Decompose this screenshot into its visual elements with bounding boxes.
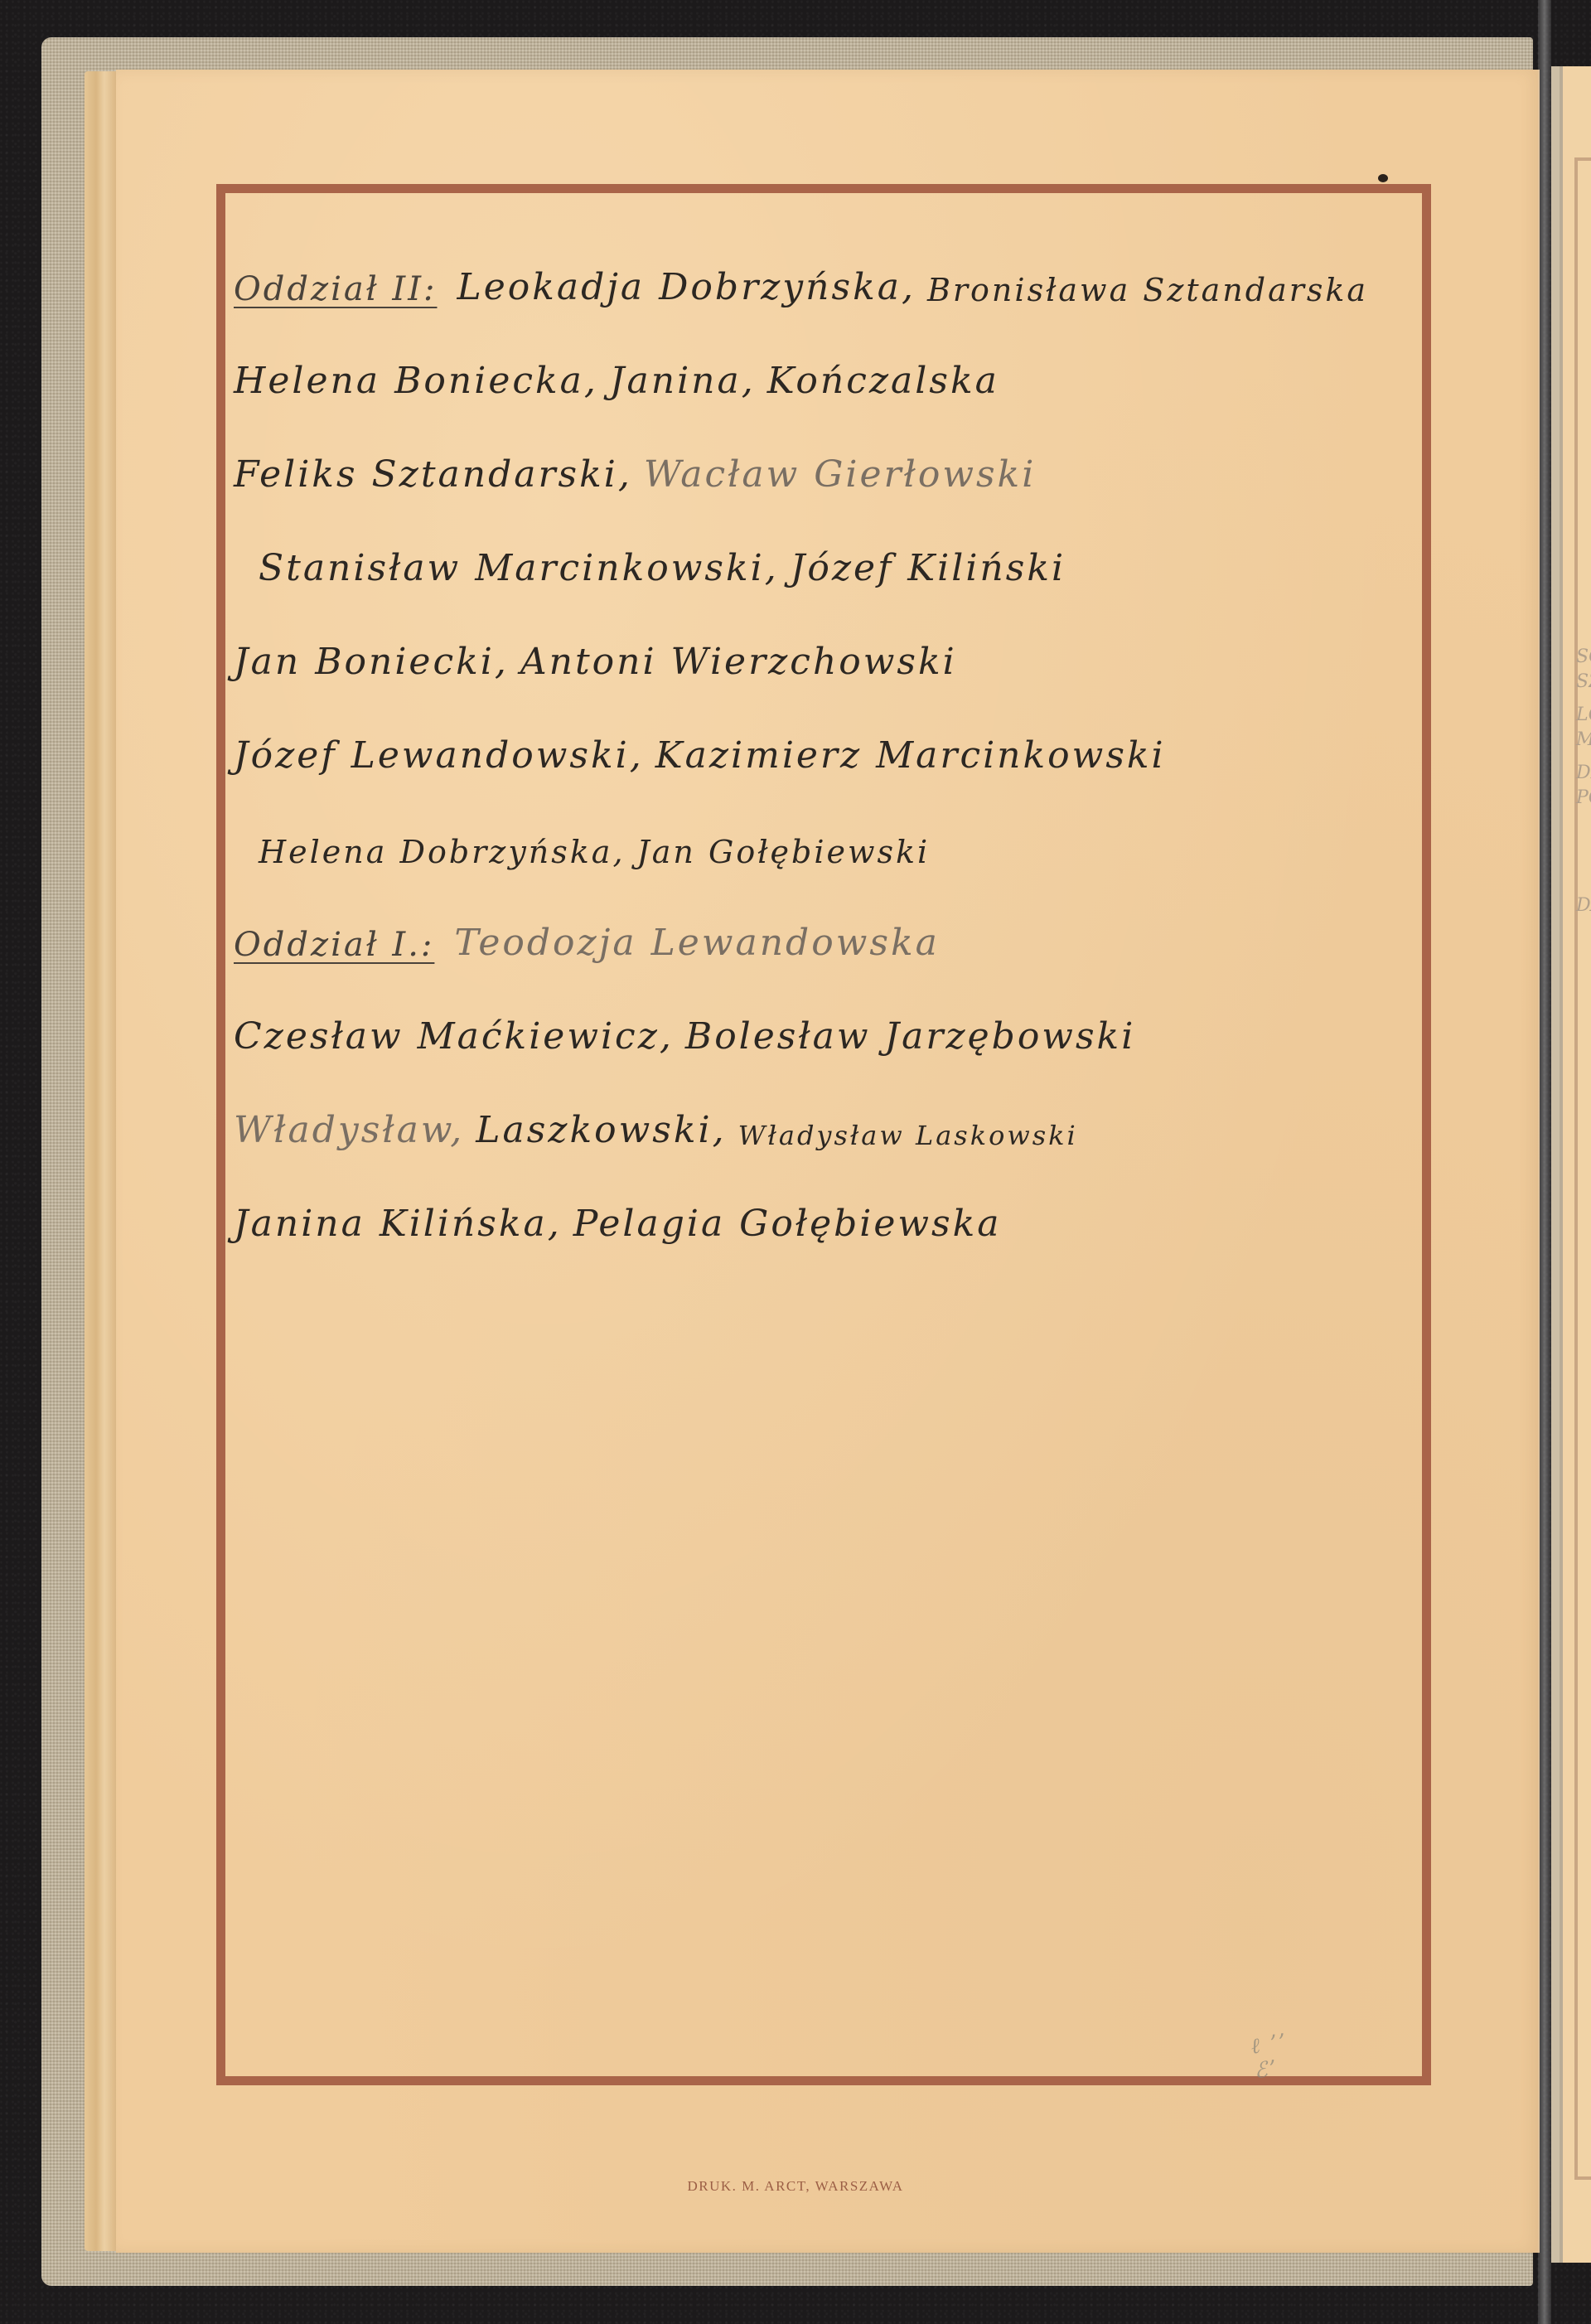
section-label-oddzial-1: Oddział I.:	[234, 926, 434, 964]
student-name: Helena Boniecka,	[234, 360, 598, 402]
adjacent-page-text: SZK	[1576, 671, 1591, 692]
student-name: Wacław Gierłowski	[644, 453, 1036, 496]
student-name: Józef Kiliński	[791, 547, 1066, 589]
roster-line: Oddział I.: Teodozja Lewandowska	[234, 884, 1410, 977]
student-name: Józef Lewandowski,	[234, 734, 644, 777]
adjacent-page-text: LOC	[1576, 704, 1591, 725]
adjacent-page-text: DATA	[1576, 895, 1591, 916]
adjacent-page-text: POV	[1576, 787, 1591, 808]
roster-line: Oddział II: Leokadja Dobrzyńska, Bronisł…	[234, 228, 1410, 322]
adjacent-page-text: SCH	[1576, 646, 1591, 667]
student-name: Władysław,	[234, 1109, 464, 1151]
student-name: Feliks Sztandarski,	[234, 453, 632, 496]
adjacent-page-text: MIE	[1576, 729, 1591, 750]
adjacent-page: SCH SZK LOC MIE DIST POV DATA	[1551, 66, 1591, 2263]
student-name: Władysław Laskowski	[738, 1120, 1078, 1151]
roster-line: Stanisław Marcinkowski, Józef Kiliński	[234, 509, 1410, 603]
roster-line: Helena Boniecka, Janina, Kończalska	[234, 322, 1410, 415]
roster-line: Feliks Sztandarski, Wacław Gierłowski	[234, 415, 1410, 509]
student-name: Kazimierz Marcinkowski	[655, 734, 1166, 777]
student-name: Bolesław Jarzębowski	[685, 1015, 1135, 1058]
student-name: Leokadja Dobrzyńska,	[457, 266, 915, 308]
ink-spot	[1378, 174, 1388, 182]
student-name: Czesław Maćkiewicz,	[234, 1015, 674, 1058]
section-label-oddzial-2: Oddział II:	[234, 270, 437, 308]
student-name: Bronisława Sztandarska	[927, 272, 1368, 308]
student-name: Laszkowski,	[476, 1109, 726, 1151]
student-name: Janina,	[610, 360, 756, 402]
adjacent-page-frame	[1574, 157, 1591, 2180]
student-name: Teodozja Lewandowska	[454, 922, 939, 964]
roster-line: Jan Boniecki, Antoni Wierzchowski	[234, 603, 1410, 696]
student-name: Antoni Wierzchowski	[520, 641, 957, 683]
student-name: Kończalska	[767, 360, 999, 402]
student-name: Pelagia Gołębiewska	[573, 1203, 1002, 1245]
roster-line: Władysław, Laszkowski, Władysław Laskows…	[234, 1071, 1410, 1164]
student-name: Jan Gołębiewski	[637, 834, 931, 870]
student-name: Helena Dobrzyńska,	[259, 834, 626, 870]
roster-line: Janina Kilińska, Pelagia Gołębiewska	[234, 1164, 1410, 1258]
adjacent-page-text: DIST	[1576, 763, 1591, 783]
roster-line: Józef Lewandowski, Kazimierz Marcinkowsk…	[234, 696, 1410, 790]
roster-line: Czesław Maćkiewicz, Bolesław Jarzębowski	[234, 977, 1410, 1071]
student-name: Jan Boniecki,	[234, 641, 509, 683]
student-name: Janina Kilińska,	[234, 1203, 562, 1245]
printer-imprint: DRUK. M. ARCT, WARSZAWA	[0, 2178, 1591, 2195]
student-name: Stanisław Marcinkowski,	[259, 547, 779, 589]
roster-line: Helena Dobrzyńska, Jan Gołębiewski	[234, 790, 1410, 884]
plastic-sleeve-edge	[1538, 0, 1551, 2324]
page-stack-edge	[85, 71, 118, 2251]
roster-content: Oddział II: Leokadja Dobrzyńska, Bronisł…	[234, 228, 1410, 1258]
